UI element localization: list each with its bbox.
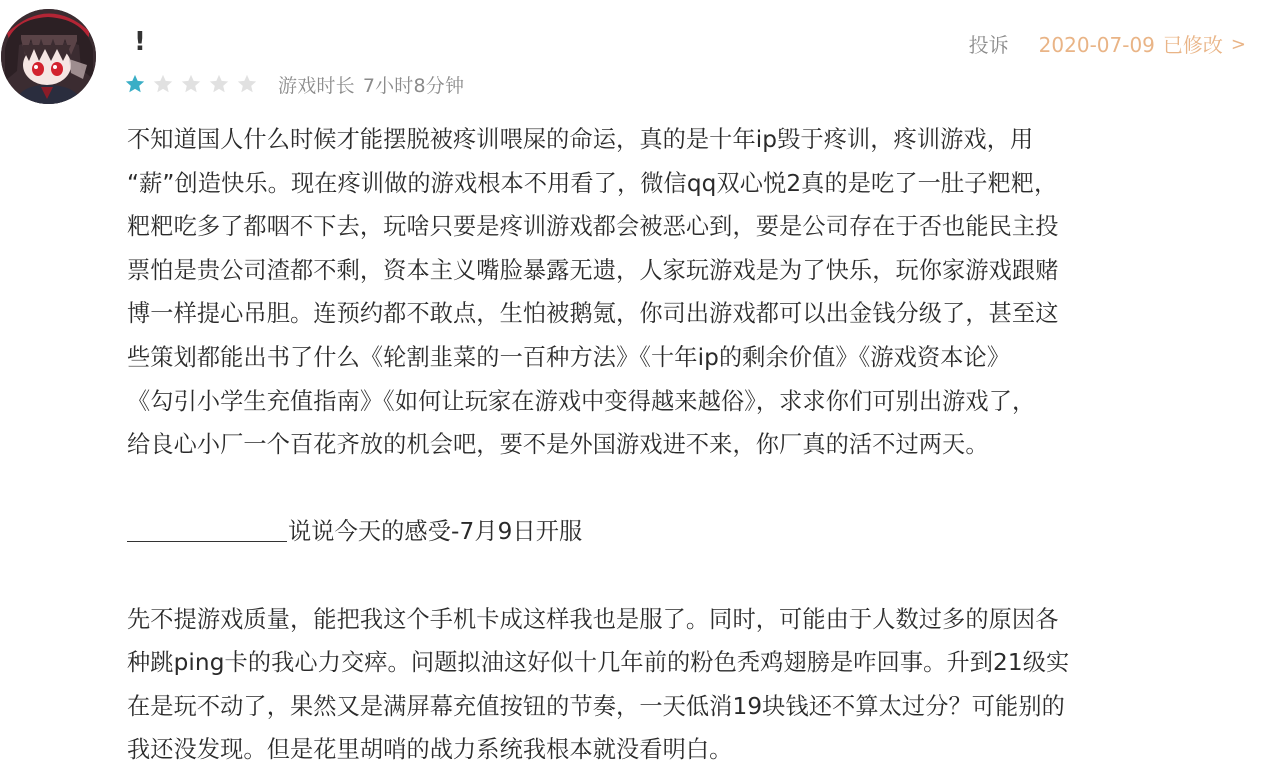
review-line: 些策划都能出书了什么《轮割韭菜的一百种方法》《十年ip的剩余价值》《游戏资本论》 bbox=[127, 336, 1257, 380]
review-line: 种跳ping卡的我心力交瘁。问题拟油这好似十几年前的粉色秃鸡翅膀是咋回事。升到2… bbox=[127, 641, 1257, 685]
section-heading: 说说今天的感受-7月9日开服 bbox=[127, 510, 1257, 554]
star-empty-icon bbox=[236, 73, 258, 95]
edit-history-link[interactable]: 2020-07-09 已修改 > bbox=[1039, 31, 1246, 59]
review-meta: 投诉 2020-07-09 已修改 > bbox=[969, 31, 1246, 59]
review-line: 我还没发现。但是花里胡哨的战力系统我根本就没看明白。 bbox=[127, 728, 1257, 764]
paragraph-gap bbox=[127, 467, 1257, 511]
rating-row: 游戏时长7小时8分钟 bbox=[124, 70, 464, 98]
username[interactable]: ! bbox=[134, 26, 146, 58]
review-line: 票怕是贵公司渣都不剩，资本主义嘴脸暴露无遗，人家玩游戏是为了快乐，玩你家游戏跟赌 bbox=[127, 249, 1257, 293]
playtime-label: 游戏时长 bbox=[278, 75, 355, 97]
review-line: 博一样提心吊胆。连预约都不敢点，生怕被鹅氪，你司出游戏都可以出金钱分级了，甚至这 bbox=[127, 292, 1257, 336]
star-empty-icon bbox=[180, 73, 202, 95]
review-line: 先不提游戏质量，能把我这个手机卡成这样我也是服了。同时，可能由于人数过多的原因各 bbox=[127, 598, 1257, 642]
review-line: 给良心小厂一个百花齐放的机会吧，要不是外国游戏进不来，你厂真的活不过两天。 bbox=[127, 423, 1257, 467]
review-line: “薪”创造快乐。现在疼训做的游戏根本不用看了，微信qq双心悦2真的是吃了一肚子粑… bbox=[127, 162, 1257, 206]
review-line: 在是玩不动了，果然又是满屏幕充值按钮的节奏，一天低消19块钱还不算太过分？可能别… bbox=[127, 685, 1257, 729]
review-line: 粑粑吃多了都咽不下去，玩啥只要是疼训游戏都会被恶心到，要是公司存在于否也能民主投 bbox=[127, 205, 1257, 249]
playtime: 游戏时长7小时8分钟 bbox=[278, 71, 464, 98]
underline-divider bbox=[127, 541, 287, 542]
avatar-icon bbox=[1, 9, 96, 104]
report-button[interactable]: 投诉 bbox=[969, 31, 1009, 59]
star-filled-icon bbox=[124, 73, 146, 95]
playtime-value: 7小时8分钟 bbox=[363, 75, 464, 97]
review-line: 《勾引小学生充值指南》《如何让玩家在游戏中变得越来越俗》，求求你们可别出游戏了， bbox=[127, 380, 1257, 424]
star-empty-icon bbox=[208, 73, 230, 95]
review-body: 不知道国人什么时候才能摆脱被疼训喂屎的命运，真的是十年ip毁于疼训，疼训游戏，用… bbox=[127, 118, 1257, 764]
chevron-right-icon: > bbox=[1231, 31, 1246, 59]
star-empty-icon bbox=[152, 73, 174, 95]
edited-label: 已修改 bbox=[1163, 31, 1223, 59]
paragraph-gap bbox=[127, 554, 1257, 598]
review-date: 2020-07-09 bbox=[1039, 31, 1155, 59]
user-avatar[interactable] bbox=[1, 9, 96, 104]
section-heading-text: 说说今天的感受-7月9日开服 bbox=[288, 518, 582, 545]
review-line: 不知道国人什么时候才能摆脱被疼训喂屎的命运，真的是十年ip毁于疼训，疼训游戏，用 bbox=[127, 118, 1257, 162]
